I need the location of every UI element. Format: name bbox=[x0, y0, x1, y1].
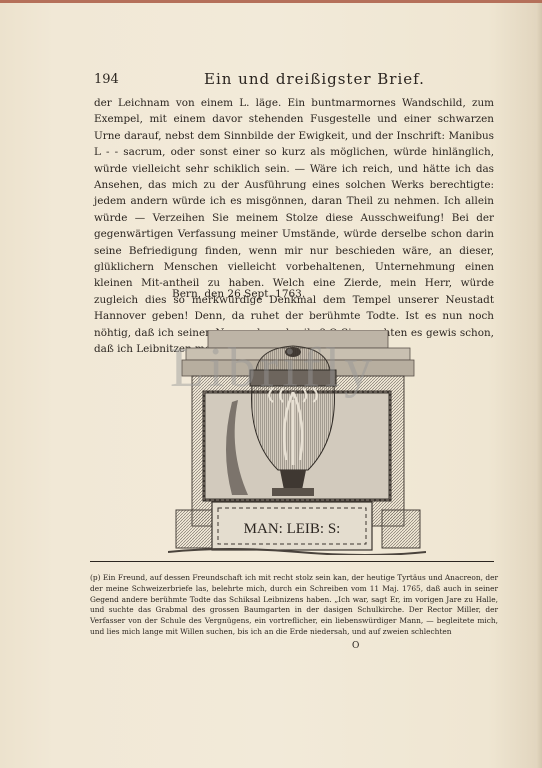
footnote-rule bbox=[90, 561, 494, 562]
page-number: 194 bbox=[94, 72, 119, 87]
watermark-text: Librifly bbox=[170, 336, 376, 400]
book-page: 194 Ein und dreißigster Brief. der Leich… bbox=[0, 0, 542, 768]
footnote-text: (p) Ein Freund, auf dessen Freundschaft … bbox=[90, 573, 498, 638]
running-title: Ein und dreißigster Brief. bbox=[204, 70, 425, 88]
footnote: (p) Ein Freund, auf dessen Freundschaft … bbox=[90, 573, 498, 638]
urn-inscription: MAN: LEIB: S: bbox=[244, 521, 341, 537]
page-header: 194 Ein und dreißigster Brief. bbox=[94, 70, 494, 88]
signature-mark: O bbox=[352, 641, 359, 651]
body-paragraph: der Leichnam von einem L. läge. Ein bunt… bbox=[94, 95, 494, 358]
letter-signature: Bern, den 26 Sept. 1763. bbox=[172, 288, 305, 300]
body-text: der Leichnam von einem L. läge. Ein bunt… bbox=[94, 95, 494, 358]
page-top-edge bbox=[0, 0, 542, 3]
